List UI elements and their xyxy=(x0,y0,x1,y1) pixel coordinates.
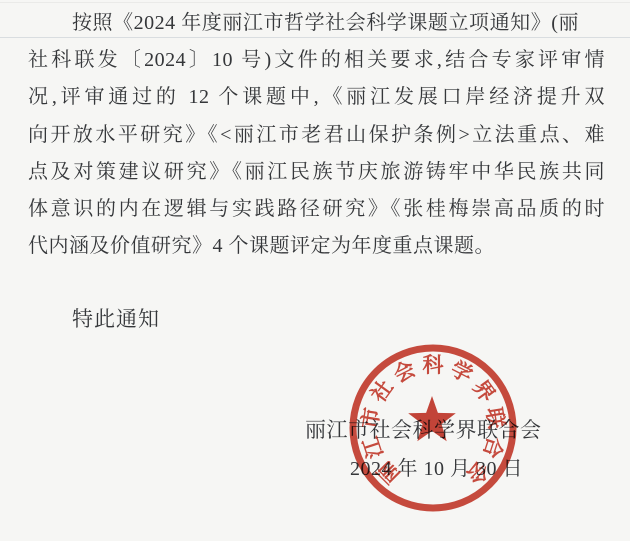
notice-body-paragraph: 按照《2024 年度丽江市哲学社会科学课题立项通知》(丽 社科联发〔2024〕1… xyxy=(28,5,605,265)
body-line: 按照《2024 年度丽江市哲学社会科学课题立项通知》(丽 xyxy=(28,5,605,42)
body-line: 社科联发〔2024〕10 号)文件的相关要求,结合专家评审情 xyxy=(28,42,605,79)
scan-artifact-line xyxy=(0,2,630,3)
svg-text:合: 合 xyxy=(478,434,507,461)
body-line: 代内涵及价值研究》4 个课题评定为年度重点课题。 xyxy=(28,228,605,265)
body-line: 体意识的内在逻辑与实践路径研究》《张桂梅崇高品质的时 xyxy=(28,191,605,228)
body-line: 向开放水平研究》《<丽江市老君山保护条例>立法重点、难 xyxy=(28,117,605,154)
scanned-notice-page: 按照《2024 年度丽江市哲学社会科学课题立项通知》(丽 社科联发〔2024〕1… xyxy=(0,0,630,541)
body-line: 况,评审通过的 12 个课题中,《丽江发展口岸经济提升双 xyxy=(28,79,605,116)
body-line: 点及对策建议研究》《丽江民族节庆旅游铸牢中华民族共同 xyxy=(28,154,605,191)
svg-text:联: 联 xyxy=(482,406,509,430)
svg-text:江: 江 xyxy=(358,434,387,461)
star-icon xyxy=(408,396,456,441)
official-seal-stamp: 丽江市社会科学界联合会 xyxy=(344,339,522,517)
closing-phrase: 特此通知 xyxy=(72,304,160,334)
svg-text:科: 科 xyxy=(423,353,445,377)
svg-text:市: 市 xyxy=(357,406,384,430)
